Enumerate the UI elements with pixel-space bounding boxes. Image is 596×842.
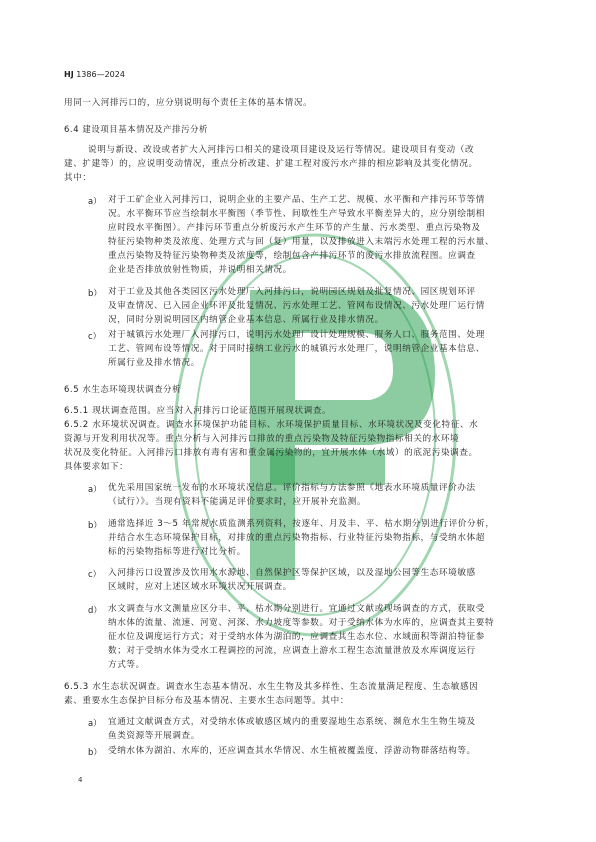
text-line: 对于工业及其他各类园区污水处理厂入河排污口，说明园区规划及批复情况、园区规划环评 [108,287,476,298]
list-item-marker: b） [88,519,102,531]
section-heading: 6.4 建设项目基本情况及产排污分析 [64,124,208,135]
text-line: 入河排污口设置涉及饮用水水源地、自然保护区等保护区域，以及湿地公园等生态环境敏感 [108,568,476,579]
text-line: 宜通过文献调查方式，对受纳水体或敏感区域内的重要湿地生态系统、濒危水生生物生境及 [108,717,476,728]
text-line: 应时段水平衡图）。产排污环节重点分析废污水产生环节的产生量、污水类型、重点污染物… [108,223,481,234]
text-line: 6.5.1 现状调查范围。应当对入河排污口论证范围开展现状调查。 [64,406,331,417]
text-line: 状况及变化特征。入河排污口排放有毒有害和重金属污染物的，宜开展水体（水域）的底泥… [64,448,478,459]
list-item-marker: a） [88,195,102,207]
text-line: 对于城镇污水处理厂入河排污口，说明污水处理厂设计处理规模、服务人口、服务范围、处… [108,330,485,341]
list-item-marker: c） [88,330,101,342]
text-line: 方式等。 [108,660,145,671]
text-line: 具体要求如下： [64,462,128,473]
text-line: 区域时，应对上述区域水环境状况开展调查。 [108,582,292,593]
text-line: 通常选择近 3～5 年常规水质监测系列资料，按逐年、月及丰、平、枯水期分别进行评… [108,519,495,530]
text-line: 受纳水体为湖泊、水库的，还应调查其水华情况、水生植被覆盖度、浮游动物群落结构等。 [108,746,476,757]
text-line: 及审查情况、已入园企业环评及批复情况、污水处理工艺、管网布设情况、污水处理厂运行… [108,301,485,312]
text-line: 水文调查与水文测量应区分丰、平、枯水期分别进行。宜通过文献或现场调查的方式，获取… [108,604,485,615]
standard-number-header: HJ 1386—2024 [64,70,125,79]
document-page: HJ 1386—2024 用同一入河排污口的，应分别说明每个责任主体的基本情况。… [0,0,596,842]
text-line: 优先采用国家统一发布的水环境状况信息。评价指标与方法参照《地表水环境质量评价办法 [108,483,476,494]
text-line: 用同一入河排污口的，应分别说明每个责任主体的基本情况。 [64,98,312,109]
text-line: 重点污染物及特征污染物种类及浓度等，绘制包含产排污环节的废污水排放流程图。应调查 [108,251,476,262]
list-item-marker: b） [88,287,102,299]
text-line: 并结合水生态环境保护目标，对排放的重点污染物指标、行业特征污染物指标，与受纳水体… [108,533,485,544]
standard-prefix: HJ [64,70,74,79]
list-item-marker: c） [88,568,101,580]
list-item-marker: a） [88,717,102,729]
list-item-marker: a） [88,483,102,495]
standard-number: 1386—2024 [76,70,125,79]
text-line: 建、扩建等）的，应说明变动情况，重点分析改建、扩建工程对废污水产排的相应影响及其… [64,159,478,170]
text-line: 对于工矿企业入河排污口，说明企业的主要产品、生产工艺、规模、水平衡和产排污环节等… [108,195,485,206]
section-heading: 6.5 水生态环境现状调查分析 [64,384,181,395]
text-line: 况。水平衡环节应当绘制水平衡图（季节性、间歇性生产导致水平衡差异大的，应分别绘制… [108,209,485,220]
text-line: 鱼类资源等开展调查。 [108,731,200,742]
text-line: 说明与新设、改设或者扩大入河排污口相关的建设项目建设及运行等情况。建设项目有变动… [88,145,474,156]
text-line: 工艺、管网布设等情况。对于同时接纳工业污水的城镇污水处理厂，说明纳管企业基本信息… [108,344,485,355]
text-line: 素、重要水生态保护目标分布及基本情况、主要水生态问题等。其中： [64,696,349,707]
list-item-marker: b） [88,746,102,758]
text-line: 6.5.3 水生态状况调查。调查水生态基本情况、水生生物及其多样性、生态流量满足… [64,682,478,693]
text-line: 标的污染物指标等进行对比分析。 [108,547,246,558]
page-number: 4 [78,776,82,784]
text-line: 其中： [64,173,92,184]
list-item-marker: d） [88,604,102,616]
text-line: 特征污染物种类及浓度、处理方式与回（复）用量，以及排放进入末端污水处理工程的污水… [108,237,494,248]
text-line: 况，同时分别说明园区内纳管企业基本信息、所属行业及排水情况。 [108,315,384,326]
text-line: 数；对于受纳水体为受水工程调控的河流，应调查上游水工程生态流量泄放及水库调度运行 [108,646,476,657]
text-line: 资源与开发利用状况等。重点分析与入河排污口排放的重点污染物及特征污染物指标相关的… [64,434,459,445]
text-line: （试行）》。当现有资料不能满足评价要求时，应开展补充监测。 [108,497,366,508]
text-line: 所属行业及排水情况。 [108,358,200,369]
text-line: 征水位及调度运行方式；对于受纳水体为湖泊的，应调查其生态水位、水域面积等湖泊特征… [108,632,485,643]
text-line: 纳水体的流量、流速、河宽、河深、水力坡度等参数。对于受纳水体为水库的，应调查其主… [108,618,494,629]
text-line: 企业是否排放放射性物质，并说明相关情况。 [108,265,292,276]
text-line: 6.5.2 水环境状况调查。调查水环境保护功能目标、水环境保护质量目标、水环境状… [64,420,478,431]
